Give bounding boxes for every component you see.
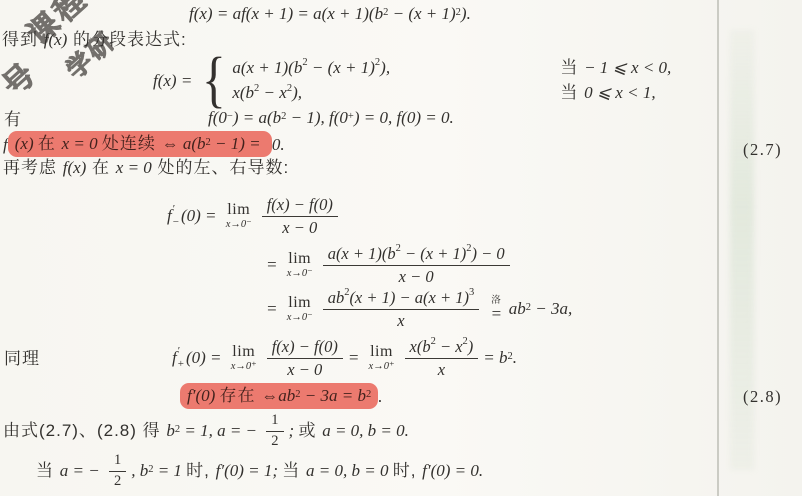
- limit-operator: limx→0⁻: [287, 251, 313, 280]
- limit-operator: limx→0⁻: [226, 202, 252, 231]
- equation-number-2-7: (2.7): [743, 140, 782, 160]
- fraction: f(x) − f(0)x − 0: [262, 195, 338, 238]
- pink-highlight: f′(0) 存在 ⇔ab2 − 3a = b2: [180, 383, 378, 409]
- similarly-label: 同理: [4, 348, 40, 369]
- lhopital-equals: 洛=: [491, 296, 502, 323]
- have-label: 有: [4, 109, 22, 130]
- fraction: 12: [266, 412, 283, 450]
- equation-f-definition: f(x) = af(x + 1) = a(x + 1)(b2 − (x + 1)…: [189, 3, 471, 24]
- fraction: ab2(x + 1) − a(x + 1)3 x: [323, 288, 480, 331]
- page-edge-line: [717, 0, 719, 496]
- intro-line: 得到 f(x) 的分段表达式:: [2, 29, 187, 50]
- left-derivative-step-1: f′−(0) = limx→0⁻ f(x) − f(0)x − 0: [167, 192, 343, 240]
- watermark-text: 号: [0, 52, 43, 105]
- left-derivative-step-3: = limx→0⁻ ab2(x + 1) − a(x + 1)3 x 洛= ab…: [266, 285, 572, 333]
- limit-operator: limx→0⁺: [231, 344, 257, 373]
- one-sided-values-equation: f(0−) = a(b2 − 1), f(0+) = 0, f(0) = 0.: [208, 107, 454, 128]
- derivative-existence-line: f′(0) 存在 ⇔ab2 − 3a = b2.: [180, 383, 382, 409]
- piecewise-branch-2: x(b2 − x2), 当 0 ⩽ x < 1,: [232, 82, 671, 103]
- final-cases-line: 当 a = − 12, b2 = 1 时, f′(0) = 1; 当 a = 0…: [36, 448, 483, 494]
- limit-operator: limx→0⁻: [287, 295, 313, 324]
- equation-number-2-8: (2.8): [743, 387, 782, 407]
- pink-highlight: (x) 在 x = 0 处连续 ⇔ a(b2 − 1) =: [8, 131, 272, 157]
- left-derivative-step-2: = limx→0⁻ a(x + 1)(b2 − (x + 1)2) − 0 x …: [266, 241, 515, 289]
- fraction: a(x + 1)(b2 − (x + 1)2) − 0 x − 0: [323, 244, 510, 287]
- right-derivative-equation: f′+(0) = limx→0⁺ f(x) − f(0)x − 0 = limx…: [172, 334, 517, 382]
- fraction: 12: [109, 452, 126, 490]
- fraction: x(b2 − x2) x: [405, 337, 479, 380]
- left-brace: {: [202, 54, 226, 107]
- limit-operator: limx→0⁺: [369, 344, 395, 373]
- reconsider-line: 再考虑 f(x) 在 x = 0 处的左、右导数:: [3, 157, 289, 178]
- fraction: f(x) − f(0)x − 0: [267, 337, 343, 380]
- continuity-condition-line: f(x) 在 x = 0 处连续 ⇔ a(b2 − 1) = 0.: [3, 131, 285, 157]
- piecewise-definition: f(x) = { a(x + 1)(b2 − (x + 1)2), 当 − 1 …: [153, 54, 671, 107]
- piecewise-branch-1: a(x + 1)(b2 − (x + 1)2), 当 − 1 ⩽ x < 0,: [232, 57, 671, 78]
